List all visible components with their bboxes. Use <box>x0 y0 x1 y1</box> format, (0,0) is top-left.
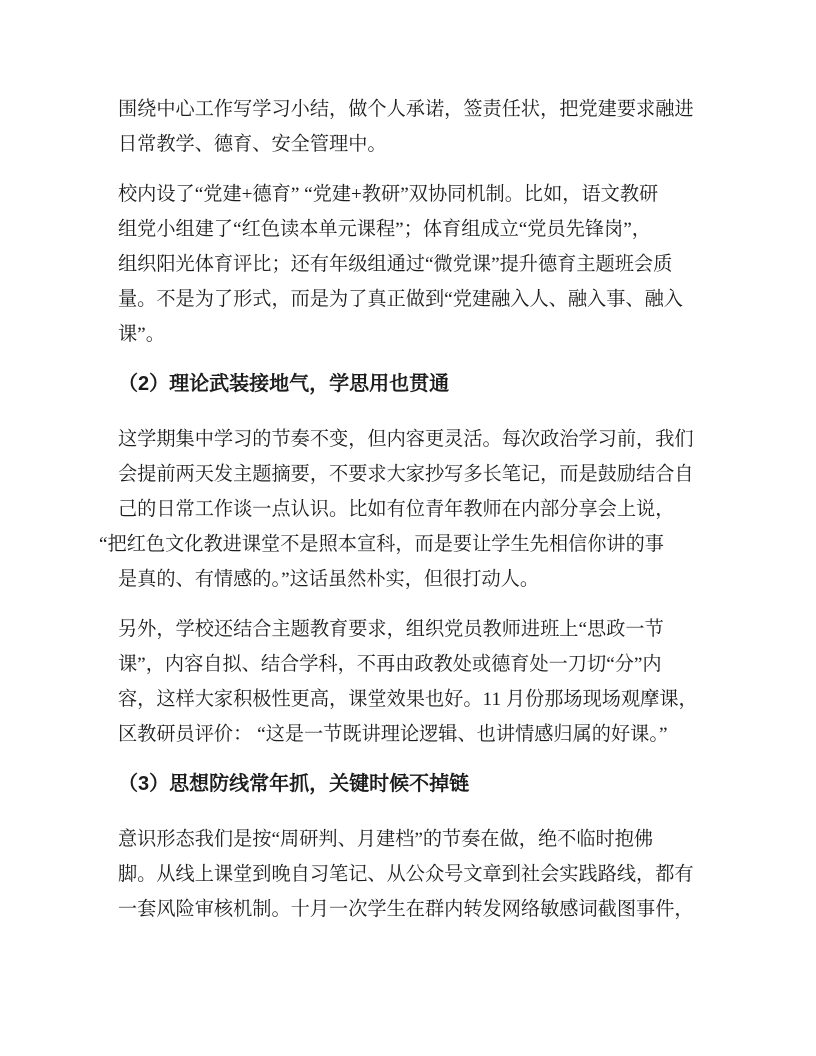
text-line: 量。不是为了形式，而是为了真正做到“党建融入人、融入事、融入 <box>118 282 700 317</box>
text-line: 校内设了“党建+德育” “党建+教研”双协同机制。比如，语文教研 <box>118 177 700 212</box>
text-line: 另外，学校还结合主题教育要求，组织党员教师进班上“思政一节 <box>118 612 700 647</box>
text-line: 课”。 <box>118 317 700 352</box>
paragraph: 另外，学校还结合主题教育要求，组织党员教师进班上“思政一节 课”，内容自拟、结合… <box>118 612 700 752</box>
text-line: 是真的、有情感的。”这话虽然朴实，但很打动人。 <box>118 562 700 597</box>
text-line: 组织阳光体育评比；还有年级组通过“微党课”提升德育主题班会质 <box>118 247 700 282</box>
text-line: 己的日常工作谈一点认识。比如有位青年教师在内部分享会上说， <box>118 492 700 527</box>
text-line: 容，这样大家积极性更高，课堂效果也好。11 月份那场现场观摩课， <box>118 682 700 717</box>
paragraph: 这学期集中学习的节奏不变，但内容更灵活。每次政治学习前，我们 会提前两天发主题摘… <box>118 422 700 597</box>
text-line: 区教研员评价： “这是一节既讲理论逻辑、也讲情感归属的好课。” <box>118 717 700 752</box>
paragraph: 围绕中心工作写学习小结，做个人承诺，签责任状，把党建要求融进 日常教学、德育、安… <box>118 92 700 162</box>
text-line: 会提前两天发主题摘要，不要求大家抄写多长笔记，而是鼓励结合自 <box>118 457 700 492</box>
text-line: 课”，内容自拟、结合学科，不再由政教处或德育处一刀切“分”内 <box>118 647 700 682</box>
text-line: 围绕中心工作写学习小结，做个人承诺，签责任状，把党建要求融进 <box>118 92 700 127</box>
text-line: “把红色文化教进课堂不是照本宣科，而是要让学生先相信你讲的事 <box>99 527 700 562</box>
paragraph: 校内设了“党建+德育” “党建+教研”双协同机制。比如，语文教研 组党小组建了“… <box>118 177 700 352</box>
text-line: 一套风险审核机制。十月一次学生在群内转发网络敏感词截图事件， <box>118 892 700 927</box>
text-line: 意识形态我们是按“周研判、月建档”的节奏在做，绝不临时抱佛 <box>118 822 700 857</box>
document-page: 围绕中心工作写学习小结，做个人承诺，签责任状，把党建要求融进 日常教学、德育、安… <box>0 0 816 1056</box>
text-line: 组党小组建了“红色读本单元课程”；体育组成立“党员先锋岗”， <box>118 212 700 247</box>
paragraph: 意识形态我们是按“周研判、月建档”的节奏在做，绝不临时抱佛 脚。从线上课堂到晚自… <box>118 822 700 927</box>
text-line: 这学期集中学习的节奏不变，但内容更灵活。每次政治学习前，我们 <box>118 422 700 457</box>
text-line: 日常教学、德育、安全管理中。 <box>118 127 700 162</box>
text-line: 脚。从线上课堂到晚自习笔记、从公众号文章到社会实践路线，都有 <box>118 857 700 892</box>
section-heading-3: （3）思想防线常年抓，关键时候不掉链 <box>118 767 700 802</box>
section-heading-2: （2）理论武装接地气，学思用也贯通 <box>118 367 700 402</box>
document-content: 围绕中心工作写学习小结，做个人承诺，签责任状，把党建要求融进 日常教学、德育、安… <box>118 92 700 942</box>
